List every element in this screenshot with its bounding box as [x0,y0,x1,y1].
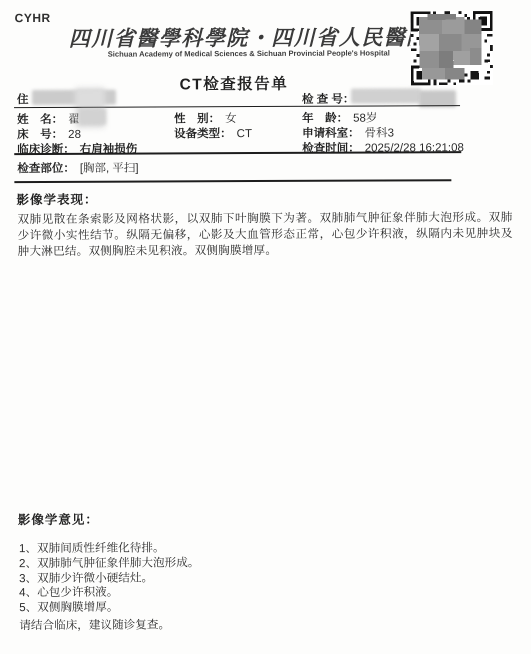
corner-code: CYHR [15,11,51,25]
exam-no-label: 检 查 号： [302,94,354,106]
hospital-name-en: Sichuan Academy of Medical Sciences & Si… [39,48,459,59]
dept-label: 申请科室： [302,128,360,140]
device-value: CT [237,128,252,140]
bed-field: 床 号：28 [17,126,81,142]
report-sheet: CYHR 四川省醫學科學院・四川省人民醫院 Sichuan Academy of… [0,0,531,654]
opinion-footer: 请结合临床，建议随诊复查。 [19,616,170,633]
gender-field: 性 别：女 [174,110,237,126]
opinion-list: 1、双肺间质性纤维化待排。 2、双肺肺气肿征象伴肺大泡形成。 3、双肺少许微小硬… [19,541,200,616]
opinion-item-3: 3、双肺少许微小硬结灶。 [19,571,199,587]
findings-heading: 影像学表现： [16,190,97,208]
name-field: 姓 名：翟 [17,111,80,127]
redaction-name [79,109,106,125]
exam-no-field: 检 查 号： [302,91,354,107]
exam-time-field: 检查时间：2025/2/28 16:21:08 [302,139,464,156]
ct-report-page: CYHR 四川省醫學科學院・四川省人民醫院 Sichuan Academy of… [0,0,531,654]
body-part-field: 检查部位：[胸部, 平扫] [17,160,138,177]
body-part-label: 检查部位： [17,163,75,175]
name-label: 姓 名： [17,114,63,126]
redaction-exam-no [351,88,421,103]
bed-value: 28 [68,129,81,141]
name-value: 翟 [68,114,80,126]
device-label: 设备类型： [174,128,232,140]
diagnosis-field: 临床诊断：右肩袖损伤 [17,141,137,158]
age-field: 年 龄：58岁 [302,110,377,126]
opinion-heading: 影像学意见： [18,510,99,528]
opinion-item-1: 1、双肺间质性纤维化待排。 [19,541,199,557]
gender-label: 性 别： [174,113,220,125]
opinion-item-2: 2、双肺肺气肿征象伴肺大泡形成。 [19,556,199,572]
age-value: 58岁 [353,113,377,125]
device-field: 设备类型：CT [174,125,252,141]
opinion-item-5: 5、双侧胸膜增厚。 [19,600,199,616]
body-part-value: [胸部, 平扫] [80,163,139,175]
bed-label: 床 号： [17,129,63,141]
age-label: 年 龄： [302,113,348,125]
findings-text: 双肺见散在条索影及网格状影，以双肺下叶胸膜下为著。双肺肺气肿征象伴肺大泡形成。双… [17,210,512,260]
divider-line-3 [14,179,451,183]
admission-no-label: 住 [17,94,29,106]
admission-no-field: 住 [17,91,29,107]
dept-field: 申请科室：骨科3 [302,124,394,140]
opinion-item-4: 4、心包少许积液。 [19,586,199,602]
gender-value: 女 [225,113,237,125]
dept-value: 骨科3 [365,127,394,139]
